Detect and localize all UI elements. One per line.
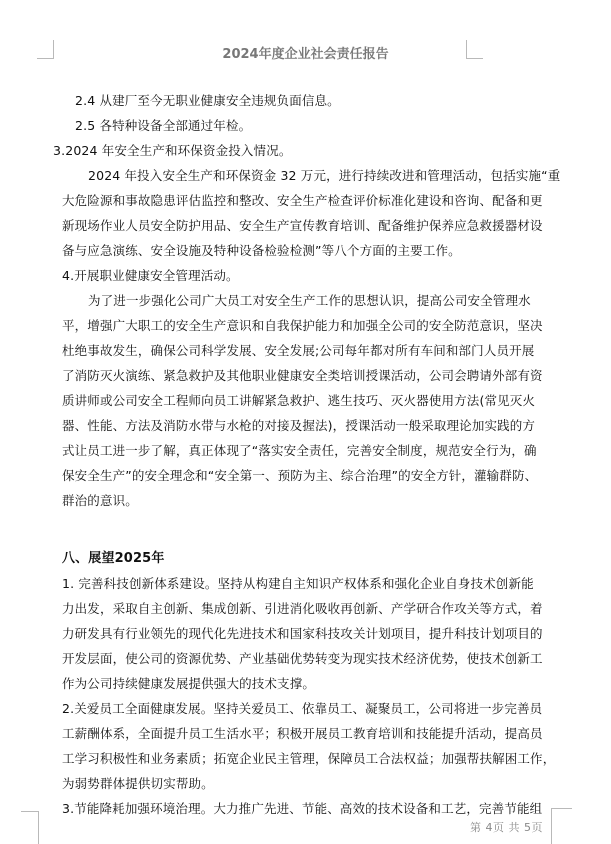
paragraph-line: 平，增强广大职工的安全生产意识和自我保护能力和加强全公司的安全防范意识，坚决	[62, 313, 550, 338]
paragraph-line: 杜绝事故发生，确保公司科学发展、安全发展;公司每年都对所有车间和部门人员开展	[62, 338, 550, 363]
list-item-2-5: 2.5 各特种设备全部通过年检。	[62, 113, 550, 138]
paragraph-line: 开发层面，使公司的资源优势、产业基础优势转变为现实技术经济优势，使技术创新工	[62, 646, 550, 671]
paragraph-line: 质讲师或公司安全工程师向员工讲解紧急救护、逃生技巧、灭火器使用方法(常见灭火	[62, 388, 550, 413]
paragraph-line: 为弱势群体提供切实帮助。	[62, 771, 550, 796]
list-item-2-4: 2.4 从建厂至今无职业健康安全违规负面信息。	[62, 88, 550, 113]
margin-corner-top-left	[37, 40, 54, 59]
paragraph-line: 备与应急演练、安全设施及特种设备检验检测”等八个方面的主要工作。	[62, 238, 550, 263]
section-8-heading: 八、展望2025年	[62, 546, 550, 571]
margin-corner-bottom-left	[21, 811, 39, 844]
paragraph-line: 了消防灭火演练、紧急救护及其他职业健康安全类培训授课活动，公司会聘请外部有资	[62, 363, 550, 388]
section-3-title: 3.2024 年安全生产和环保资金投入情况。	[53, 138, 550, 163]
paragraph-line: 3.节能降耗加强环境治理。大力推广先进、节能、高效的技术设备和工艺，完善节能组	[62, 796, 550, 821]
paragraph-line: 器、性能、方法及消防水带与水枪的对接及握法)，授课活动一般采取理论加实践的方	[62, 413, 550, 438]
paragraph-line: 力出发，采取自主创新、集成创新、引进消化吸收再创新、产学研合作攻关等方式，着	[62, 596, 550, 621]
section-4-title: 4.开展职业健康安全管理活动。	[62, 263, 550, 288]
paragraph-line: 工薪酬体系，全面提升员工生活水平；积极开展员工教育培训和技能提升活动，提高员	[62, 721, 550, 746]
paragraph-line: 2.关爱员工全面健康发展。坚持关爱员工、依靠员工、凝聚员工，公司将进一步完善员	[62, 696, 550, 721]
paragraph-line: 1. 完善科技创新体系建设。坚持从构建自主知识产权体系和强化企业自身技术创新能	[62, 571, 550, 596]
blank-space	[62, 513, 550, 546]
paragraph-line: 保安全生产”的安全理念和“安全第一、预防为主、综合治理”的安全方针，灌输群防、	[62, 463, 550, 488]
paragraph-line: 式让员工进一步了解，真正体现了“落实安全责任，完善安全制度，规范安全行为，确	[62, 438, 550, 463]
paragraph-line: 大危险源和事故隐患评估监控和整改、安全生产检查评价标准化建设和咨询、配备和更	[62, 188, 550, 213]
paragraph-line: 为了进一步强化公司广大员工对安全生产工作的思想认识，提高公司安全管理水	[62, 288, 550, 313]
paragraph-line: 新现场作业人员安全防护用品、安全生产宣传教育培训、配备维护保养应急救援器材设	[62, 213, 550, 238]
paragraph-line: 群治的意识。	[62, 488, 550, 513]
margin-corner-bottom-right	[551, 808, 572, 844]
paragraph-line: 2024 年投入安全生产和环保资金 32 万元，进行持续改进和管理活动，包括实施…	[62, 163, 550, 188]
paragraph-line: 力研发具有行业领先的现代化先进技术和国家科技攻关计划项目，提升科技计划项目的	[62, 621, 550, 646]
page-number: 第 4页 共 5页	[470, 819, 543, 835]
document-body: 2.4 从建厂至今无职业健康安全违规负面信息。 2.5 各特种设备全部通过年检。…	[62, 88, 550, 821]
paragraph-line: 工学习积极性和业务素质；拓宽企业民主管理，保障员工合法权益；加强帮扶解困工作，	[62, 746, 550, 771]
margin-corner-top-right	[466, 40, 483, 59]
document-header-title: 2024年度企业社会责任报告	[0, 43, 611, 62]
paragraph-line: 作为公司持续健康发展提供强大的技术支撑。	[62, 671, 550, 696]
